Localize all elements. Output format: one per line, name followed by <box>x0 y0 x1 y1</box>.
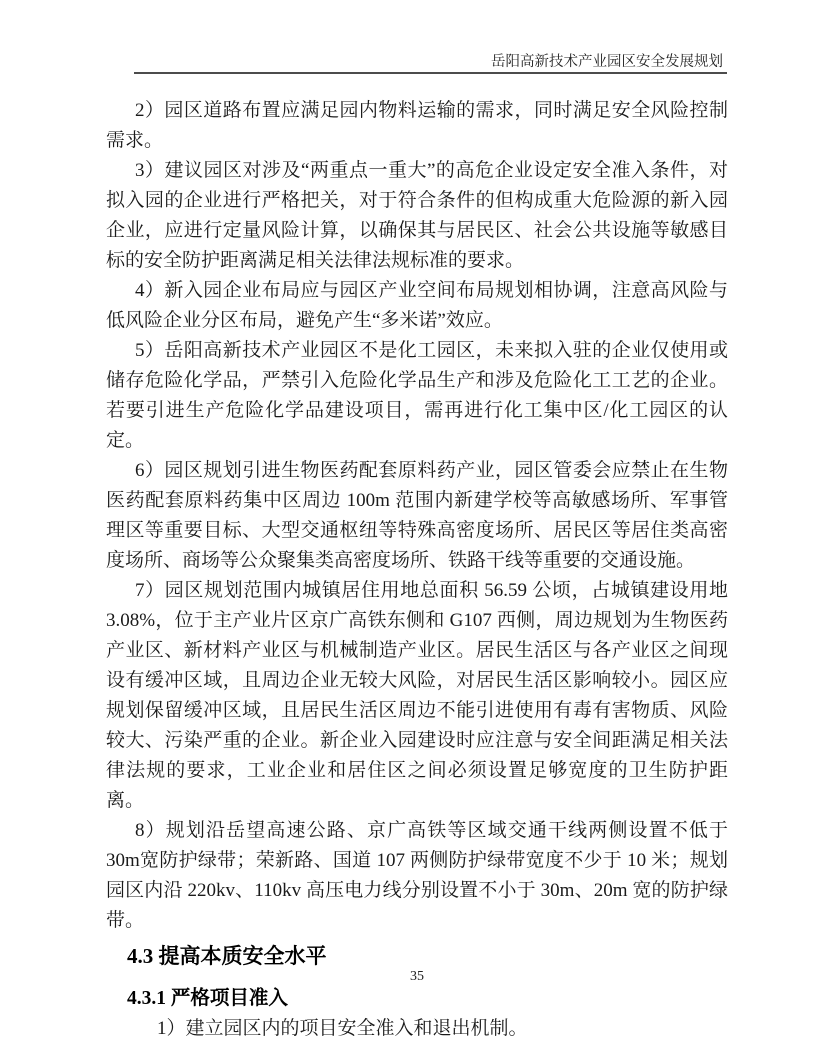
paragraph: 6）园区规划引进生物医药配套原料药产业，园区管委会应禁止在生物医药配套原料药集中… <box>106 456 728 576</box>
paragraph: 2）园区道路布置应满足园内物料运输的需求，同时满足安全风险控制需求。 <box>106 96 728 156</box>
page-header-title: 岳阳高新技术产业园区安全发展规划 <box>491 53 723 71</box>
header-rule <box>134 72 727 74</box>
subsection-heading: 4.3.1 严格项目准入 <box>106 984 728 1014</box>
document-body: 2）园区道路布置应满足园内物料运输的需求，同时满足安全风险控制需求。 3）建议园… <box>106 96 728 1044</box>
paragraph: 7）园区规划范围内城镇居住用地总面积 56.59 公顷，占城镇建设用地3.08%… <box>106 576 728 816</box>
page-number: 35 <box>106 968 728 986</box>
list-item: 1）建立园区内的项目安全准入和退出机制。 <box>106 1014 728 1044</box>
paragraph: 4）新入园企业布局应与园区产业空间布局规划相协调，注意高风险与低风险企业分区布局… <box>106 276 728 336</box>
paragraph: 8）规划沿岳望高速公路、京广高铁等区域交通干线两侧设置不低于 30m宽防护绿带；… <box>106 816 728 936</box>
paragraph: 3）建议园区对涉及“两重点一重大”的高危企业设定安全准入条件，对拟入园的企业进行… <box>106 156 728 276</box>
paragraph: 5）岳阳高新技术产业园区不是化工园区，未来拟入驻的企业仅使用或储存危险化学品，严… <box>106 336 728 456</box>
